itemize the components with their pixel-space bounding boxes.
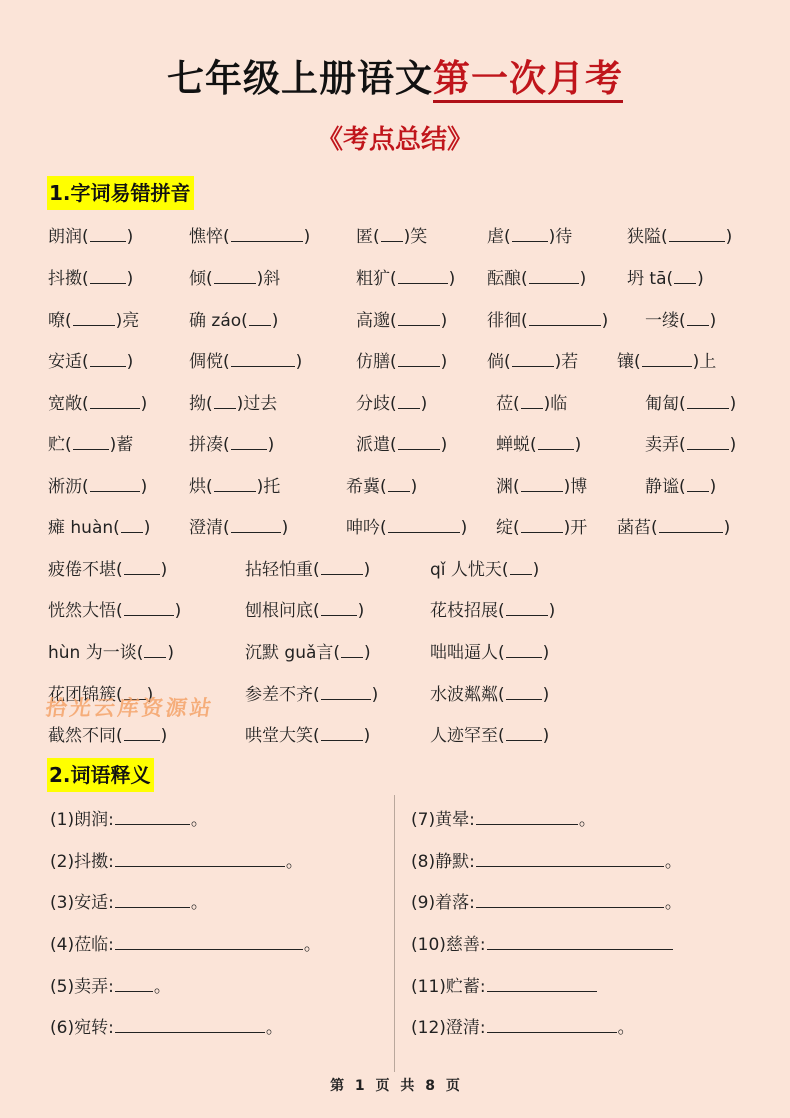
idiom-item: 刨根问底() [245,598,364,622]
definition-label: (6)宛转: [50,1018,114,1038]
word-prompt: 安适( [48,352,89,372]
definition-item: (1)朗润:。 [50,807,208,831]
pinyin-item: 瘫 huàn() [48,515,150,539]
pinyin-item: 贮()蓄 [48,432,133,456]
answer-blank[interactable] [214,266,256,284]
word-suffix: )斜 [257,269,281,289]
answer-blank[interactable] [90,474,140,492]
answer-blank[interactable] [398,391,420,409]
sentence-end: 。 [304,935,321,955]
pinyin-item: 朗润() [48,224,133,248]
idiom-item: 拈轻怕重() [245,557,370,581]
word-prompt: 人迹罕至( [430,726,505,746]
definition-blank[interactable] [476,849,664,867]
word-prompt: 镶( [617,352,641,372]
word-suffix: )蓄 [110,435,134,455]
word-suffix: ) [304,227,311,247]
pinyin-item: 莅()临 [496,391,567,415]
word-prompt: 徘徊( [487,311,528,331]
pinyin-item: 高邈() [356,308,447,332]
word-suffix: )待 [549,227,573,247]
definition-label: (5)卖弄: [50,977,114,997]
word-suffix: ) [421,394,428,414]
word-prompt: 坍 tā( [627,269,673,289]
word-suffix: ) [730,394,737,414]
pinyin-item: 蝉蜕() [496,432,581,456]
word-suffix: ) [364,726,371,746]
pinyin-item: 静谧() [645,474,716,498]
page-title: 七年级上册语文第一次月考 [0,55,790,103]
definition-item: (10)慈善: [411,932,674,956]
word-prompt: 莅( [496,394,520,414]
word-prompt: 匿( [356,227,380,247]
word-suffix: ) [358,601,365,621]
word-suffix: ) [167,643,174,663]
section-heading-pinyin: 1.字词易错拼音 [47,176,194,210]
idiom-item: 恍然大悟() [48,598,181,622]
answer-blank[interactable] [506,598,548,616]
pinyin-item: 淅沥() [48,474,147,498]
answer-blank[interactable] [659,515,723,533]
word-prompt: 澄清( [189,518,230,538]
word-suffix: ) [296,352,303,372]
word-suffix: )过去 [237,394,278,414]
sentence-end: 。 [286,852,303,872]
pinyin-item: 绽()开 [496,515,587,539]
word-prompt: 拗( [189,394,213,414]
definition-item: (2)抖擞:。 [50,849,303,873]
page-subtitle: 《考点总结》 [0,122,790,158]
pinyin-item: 倜傥() [189,349,302,373]
pinyin-item: 倘()若 [487,349,578,373]
word-prompt: 粗犷( [356,269,397,289]
word-prompt: 高邈( [356,311,397,331]
pinyin-item: 澄清() [189,515,288,539]
pinyin-item: 确 záo() [189,308,278,332]
answer-blank[interactable] [669,224,725,242]
word-prompt: 派遣( [356,435,397,455]
word-prompt: 菡萏( [617,518,658,538]
answer-blank[interactable] [73,432,109,450]
word-suffix: ) [449,269,456,289]
word-suffix: ) [141,394,148,414]
word-prompt: hùn 为一谈( [48,643,143,663]
pinyin-item: 憔悴() [189,224,310,248]
word-prompt: 拈轻怕重( [245,560,320,580]
sentence-end: 。 [154,977,171,997]
pinyin-item: 卖弄() [645,432,736,456]
answer-blank[interactable] [521,515,563,533]
pinyin-item: 粗犷() [356,266,455,290]
definition-label: (1)朗润: [50,810,114,830]
word-suffix: ) [441,352,448,372]
answer-blank[interactable] [388,474,410,492]
definition-label: (7)黄晕: [411,810,475,830]
definition-label: (12)澄清: [411,1018,486,1038]
word-suffix: ) [127,269,134,289]
answer-blank[interactable] [398,432,440,450]
word-prompt: 狭隘( [627,227,668,247]
word-prompt: 一缕( [645,311,686,331]
answer-blank[interactable] [506,723,542,741]
pinyin-item: 仿膳() [356,349,447,373]
pinyin-item: 匍匐() [645,391,736,415]
pinyin-item: 派遣() [356,432,447,456]
pinyin-item: 希冀() [346,474,417,498]
answer-blank[interactable] [90,266,126,284]
word-prompt: 渊( [496,477,520,497]
column-divider [394,795,395,1072]
answer-blank[interactable] [512,224,548,242]
word-suffix: ) [602,311,609,331]
word-suffix: ) [441,435,448,455]
word-prompt: 绽( [496,518,520,538]
word-suffix: ) [372,685,379,705]
answer-blank[interactable] [121,515,143,533]
word-suffix: ) [543,726,550,746]
watermark: 拾光云库资源站 [44,692,216,722]
word-prompt: 恍然大悟( [48,601,123,621]
word-prompt: 分歧( [356,394,397,414]
word-suffix: ) [127,352,134,372]
sentence-end: 。 [665,852,682,872]
word-suffix: ) [461,518,468,538]
answer-blank[interactable] [687,391,729,409]
definition-item: (6)宛转:。 [50,1015,283,1039]
word-prompt: 倘( [487,352,511,372]
answer-blank[interactable] [687,432,729,450]
word-prompt: 憔悴( [189,227,230,247]
word-suffix: ) [144,518,151,538]
definition-item: (9)着落:。 [411,890,682,914]
definition-label: (10)慈善: [411,935,486,955]
word-suffix: ) [580,269,587,289]
word-suffix: ) [161,560,168,580]
word-suffix: ) [575,435,582,455]
answer-blank[interactable] [249,308,271,326]
word-prompt: 静谧( [645,477,686,497]
word-suffix: ) [441,311,448,331]
definition-item: (3)安适:。 [50,890,208,914]
word-prompt: 匍匐( [645,394,686,414]
word-suffix: ) [710,477,717,497]
word-prompt: 呻吟( [346,518,387,538]
answer-blank[interactable] [231,224,303,242]
idiom-item: 截然不同() [48,723,167,747]
answer-blank[interactable] [321,557,363,575]
word-prompt: 确 záo( [189,311,248,331]
section-heading-definitions: 2.词语释义 [47,758,154,792]
answer-blank[interactable] [321,723,363,741]
answer-blank[interactable] [341,640,363,658]
word-suffix: ) [364,643,371,663]
answer-blank[interactable] [506,640,542,658]
definition-blank[interactable] [115,974,153,992]
answer-blank[interactable] [398,266,448,284]
idiom-item: qǐ 人忧天() [430,557,539,581]
definition-label: (11)贮蓄: [411,977,486,997]
word-suffix: ) [710,311,717,331]
word-prompt: 沉默 guǎ言( [245,643,340,663]
pinyin-item: 徘徊() [487,308,608,332]
word-suffix: )开 [564,518,588,538]
word-suffix: )笑 [404,227,428,247]
word-prompt: 倜傥( [189,352,230,372]
definition-blank[interactable] [476,807,578,825]
word-suffix: ) [730,435,737,455]
word-suffix: ) [726,227,733,247]
answer-blank[interactable] [398,308,440,326]
word-suffix: ) [272,311,279,331]
word-prompt: 刨根问底( [245,601,320,621]
word-prompt: 参差不齐( [245,685,320,705]
answer-blank[interactable] [231,515,281,533]
answer-blank[interactable] [231,432,267,450]
word-prompt: 抖擞( [48,269,89,289]
word-suffix: ) [364,560,371,580]
sentence-end: 。 [191,810,208,830]
answer-blank[interactable] [321,682,371,700]
word-suffix: )托 [257,477,281,497]
definition-label: (2)抖擞: [50,852,114,872]
word-suffix: ) [141,477,148,497]
word-prompt: qǐ 人忧天( [430,560,509,580]
answer-blank[interactable] [521,474,563,492]
pinyin-item: 拗()过去 [189,391,277,415]
word-prompt: 贮( [48,435,72,455]
answer-blank[interactable] [674,266,696,284]
definition-blank[interactable] [115,1015,265,1033]
definition-blank[interactable] [115,890,190,908]
word-prompt: 卖弄( [645,435,686,455]
word-suffix: )上 [693,352,717,372]
idiom-item: 疲倦不堪() [48,557,167,581]
definition-item: (5)卖弄:。 [50,974,171,998]
answer-blank[interactable] [144,640,166,658]
word-prompt: 哄堂大笑( [245,726,320,746]
sentence-end: 。 [266,1018,283,1038]
word-prompt: 拼凑( [189,435,230,455]
pinyin-item: 安适() [48,349,133,373]
answer-blank[interactable] [538,432,574,450]
word-suffix: ) [411,477,418,497]
answer-blank[interactable] [214,391,236,409]
idiom-item: 咄咄逼人() [430,640,549,664]
word-suffix: ) [127,227,134,247]
answer-blank[interactable] [321,598,357,616]
pinyin-item: 嘹()亮 [48,308,139,332]
pinyin-item: 坍 tā() [627,266,704,290]
word-prompt: 虐( [487,227,511,247]
word-prompt: 花枝招展( [430,601,505,621]
word-prompt: 酝酿( [487,269,528,289]
word-prompt: 倾( [189,269,213,289]
word-prompt: 宽敞( [48,394,89,414]
definition-item: (11)贮蓄: [411,974,598,998]
pinyin-item: 拼凑() [189,432,274,456]
answer-blank[interactable] [529,308,601,326]
idiom-item: 参差不齐() [245,682,378,706]
word-suffix: ) [549,601,556,621]
definition-blank[interactable] [487,1015,617,1033]
definition-blank[interactable] [487,974,597,992]
page-number: 第 1 页 共 8 页 [0,1075,790,1095]
pinyin-item: 宽敞() [48,391,147,415]
sentence-end: 。 [665,893,682,913]
word-prompt: 截然不同( [48,726,123,746]
definition-blank[interactable] [115,807,190,825]
word-suffix: ) [282,518,289,538]
word-prompt: 疲倦不堪( [48,560,123,580]
pinyin-item: 一缕() [645,308,716,332]
answer-blank[interactable] [381,224,403,242]
definition-label: (4)莅临: [50,935,114,955]
pinyin-item: 渊()博 [496,474,587,498]
title-main: 七年级上册语文 [167,57,433,100]
answer-blank[interactable] [124,723,160,741]
idiom-item: 水波粼粼() [430,682,549,706]
pinyin-item: 酝酿() [487,266,586,290]
word-prompt: 希冀( [346,477,387,497]
idiom-item: 人迹罕至() [430,723,549,747]
word-prompt: 蝉蜕( [496,435,537,455]
pinyin-item: 虐()待 [487,224,572,248]
answer-blank[interactable] [231,349,295,367]
word-prompt: 咄咄逼人( [430,643,505,663]
sentence-end: 。 [618,1018,635,1038]
word-suffix: )若 [555,352,579,372]
answer-blank[interactable] [90,391,140,409]
answer-blank[interactable] [642,349,692,367]
answer-blank[interactable] [124,598,174,616]
word-suffix: ) [543,685,550,705]
definition-item: (7)黄晕:。 [411,807,596,831]
definition-blank[interactable] [476,890,664,908]
idiom-item: hùn 为一谈() [48,640,174,664]
answer-blank[interactable] [73,308,115,326]
word-prompt: 水波粼粼( [430,685,505,705]
pinyin-item: 镶()上 [617,349,716,373]
word-suffix: ) [161,726,168,746]
idiom-item: 沉默 guǎ言() [245,640,371,664]
word-suffix: ) [697,269,704,289]
answer-blank[interactable] [398,349,440,367]
answer-blank[interactable] [529,266,579,284]
answer-blank[interactable] [90,349,126,367]
sentence-end: 。 [579,810,596,830]
definition-label: (8)静默: [411,852,475,872]
pinyin-item: 狭隘() [627,224,732,248]
idiom-item: 哄堂大笑() [245,723,370,747]
definition-item: (4)莅临:。 [50,932,321,956]
pinyin-item: 抖擞() [48,266,133,290]
answer-blank[interactable] [506,682,542,700]
answer-blank[interactable] [124,557,160,575]
pinyin-item: 倾()斜 [189,266,280,290]
word-prompt: 朗润( [48,227,89,247]
word-suffix: ) [175,601,182,621]
word-prompt: 烘( [189,477,213,497]
word-prompt: 嘹( [48,311,72,331]
answer-blank[interactable] [388,515,460,533]
word-prompt: 淅沥( [48,477,89,497]
definition-blank[interactable] [487,932,673,950]
answer-blank[interactable] [90,224,126,242]
word-suffix: ) [724,518,731,538]
pinyin-item: 菡萏() [617,515,730,539]
word-prompt: 仿膳( [356,352,397,372]
definition-label: (9)着落: [411,893,475,913]
definition-item: (8)静默:。 [411,849,682,873]
title-highlight: 第一次月考 [433,57,623,103]
pinyin-item: 分歧() [356,391,427,415]
answer-blank[interactable] [687,308,709,326]
word-prompt: 瘫 huàn( [48,518,120,538]
idiom-item: 花枝招展() [430,598,555,622]
definition-blank[interactable] [115,849,285,867]
definition-blank[interactable] [115,932,303,950]
sentence-end: 。 [191,893,208,913]
pinyin-item: 呻吟() [346,515,467,539]
answer-blank[interactable] [214,474,256,492]
word-suffix: )博 [564,477,588,497]
pinyin-item: 烘()托 [189,474,280,498]
answer-blank[interactable] [512,349,554,367]
word-suffix: ) [533,560,540,580]
definition-label: (3)安适: [50,893,114,913]
definition-item: (12)澄清:。 [411,1015,635,1039]
word-suffix: )临 [544,394,568,414]
word-suffix: )亮 [116,311,140,331]
word-suffix: ) [543,643,550,663]
answer-blank[interactable] [521,391,543,409]
answer-blank[interactable] [510,557,532,575]
word-suffix: ) [268,435,275,455]
answer-blank[interactable] [687,474,709,492]
pinyin-item: 匿()笑 [356,224,427,248]
